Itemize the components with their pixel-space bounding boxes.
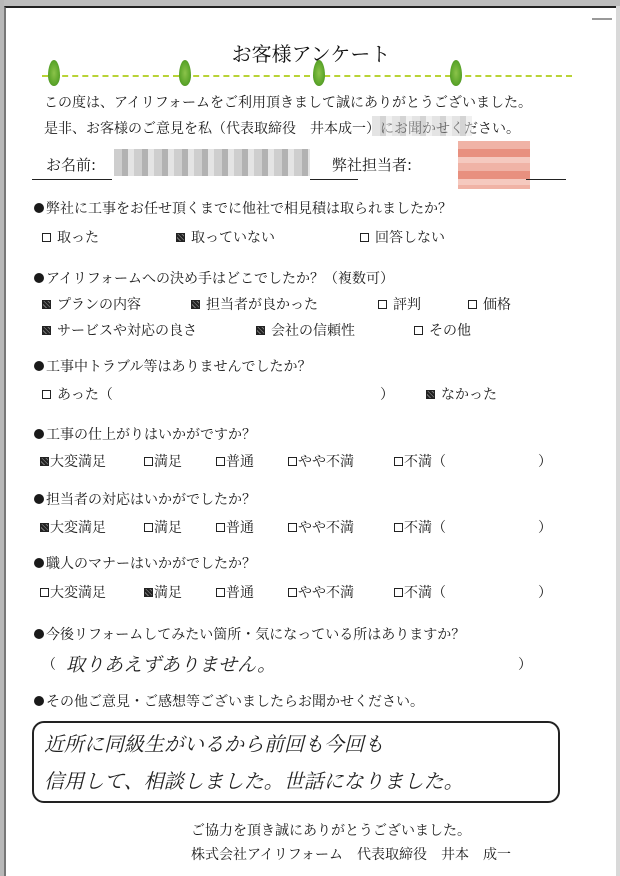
- checkbox-icon[interactable]: [288, 588, 297, 597]
- checkbox-icon[interactable]: [394, 523, 403, 532]
- option-label: 不満（: [404, 585, 446, 601]
- checkbox-icon[interactable]: [144, 457, 153, 466]
- option-label: 満足: [154, 454, 182, 470]
- option-label: 大変満足: [50, 454, 106, 470]
- checkbox-icon[interactable]: [42, 390, 51, 399]
- leaf-icon: [450, 60, 462, 86]
- option-label: 回答しない: [375, 230, 445, 246]
- option-q4-4[interactable]: やや不満: [288, 451, 354, 471]
- option-q6-2[interactable]: 満足: [144, 582, 182, 602]
- redaction-overlay: [372, 116, 472, 136]
- bullet-icon: [34, 629, 44, 639]
- checkbox-checked-icon[interactable]: [42, 326, 51, 335]
- option-q4-3[interactable]: 普通: [216, 451, 254, 471]
- option-label: やや不満: [298, 520, 354, 536]
- option-label: その他: [429, 323, 471, 339]
- option-q2-2[interactable]: 担当者が良かった: [191, 294, 318, 314]
- name-label: お名前:: [46, 154, 96, 175]
- option-label: 大変満足: [50, 585, 106, 601]
- answer-future-reform[interactable]: 取りあえずありません。: [66, 650, 276, 677]
- option-label: 評判: [393, 297, 421, 313]
- scan-mark: [592, 18, 612, 20]
- staff-underline: [526, 179, 566, 180]
- thanks-text: ご協力を頂き誠にありがとうございました。: [191, 820, 471, 840]
- paren-close: ）: [538, 517, 552, 537]
- question-text: 今後リフォームしてみたい箇所・気になっている所はありますか？: [46, 627, 465, 643]
- option-label: 普通: [226, 454, 254, 470]
- staff-label: 弊社担当者:: [332, 154, 412, 175]
- question-text: その他ご意見・ご感想等ございましたらお聞かせください。: [46, 694, 424, 710]
- checkbox-checked-icon[interactable]: [144, 588, 153, 597]
- leaf-icon: [313, 60, 325, 86]
- checkbox-icon[interactable]: [414, 326, 423, 335]
- checkbox-checked-icon[interactable]: [176, 233, 185, 242]
- checkbox-icon[interactable]: [144, 523, 153, 532]
- page-title: お客様アンケート: [6, 38, 616, 67]
- option-q6-1[interactable]: 大変満足: [40, 582, 106, 602]
- option-q5-2[interactable]: 満足: [144, 517, 182, 537]
- option-label: 会社の信頼性: [271, 323, 355, 339]
- option-q4-2[interactable]: 満足: [144, 451, 182, 471]
- checkbox-checked-icon[interactable]: [426, 390, 435, 399]
- question-1: 弊社に工事をお任せ頂くまでに他社で相見積は取られましたか？: [34, 198, 452, 218]
- checkbox-checked-icon[interactable]: [42, 300, 51, 309]
- option-q6-4[interactable]: やや不満: [288, 582, 354, 602]
- bullet-icon: [34, 696, 44, 706]
- question-8: その他ご意見・ご感想等ございましたらお聞かせください。: [34, 691, 424, 711]
- option-q2-6[interactable]: 会社の信頼性: [256, 320, 355, 340]
- comment-line-1: 近所に同級生がいるから前回も今回も: [44, 728, 384, 757]
- option-label: プランの内容: [57, 297, 141, 313]
- paren-close: ）: [538, 582, 552, 602]
- option-label: なかった: [441, 387, 497, 403]
- checkbox-icon[interactable]: [288, 457, 297, 466]
- option-q6-3[interactable]: 普通: [216, 582, 254, 602]
- option-q5-4[interactable]: やや不満: [288, 517, 354, 537]
- checkbox-icon[interactable]: [288, 523, 297, 532]
- bullet-icon: [34, 494, 44, 504]
- checkbox-icon[interactable]: [216, 457, 225, 466]
- bullet-icon: [34, 203, 44, 213]
- option-q5-5[interactable]: 不満（: [394, 517, 446, 537]
- option-q4-1[interactable]: 大変満足: [40, 451, 106, 471]
- checkbox-icon[interactable]: [360, 233, 369, 242]
- option-label: 担当者が良かった: [206, 297, 318, 313]
- option-q5-3[interactable]: 普通: [216, 517, 254, 537]
- comment-line-2: 信用して、相談しました。世話になりました。: [44, 765, 464, 794]
- question-4: 工事の仕上がりはいかがですか？: [34, 424, 256, 444]
- bullet-icon: [34, 361, 44, 371]
- checkbox-icon[interactable]: [42, 233, 51, 242]
- option-label: 取っていない: [191, 230, 275, 246]
- option-label: 満足: [154, 520, 182, 536]
- option-label: あった（: [57, 387, 113, 403]
- option-label: 普通: [226, 585, 254, 601]
- question-7: 今後リフォームしてみたい箇所・気になっている所はありますか？: [34, 624, 465, 644]
- option-q3-2[interactable]: なかった: [426, 384, 497, 404]
- option-label: 大変満足: [50, 520, 106, 536]
- question-text: 工事中トラブル等はありませんでしたか？: [46, 359, 311, 375]
- checkbox-icon[interactable]: [468, 300, 477, 309]
- bullet-icon: [34, 558, 44, 568]
- leaf-icon: [179, 60, 191, 86]
- paren-close: ）: [380, 384, 394, 404]
- option-q2-4[interactable]: 価格: [468, 294, 511, 314]
- vine-decoration: [42, 75, 572, 77]
- question-text: 担当者の対応はいかがでしたか？: [46, 492, 256, 508]
- checkbox-checked-icon[interactable]: [191, 300, 200, 309]
- option-q6-5[interactable]: 不満（: [394, 582, 446, 602]
- bullet-icon: [34, 429, 44, 439]
- checkbox-checked-icon[interactable]: [256, 326, 265, 335]
- question-6: 職人のマナーはいかがでしたか？: [34, 553, 256, 573]
- checkbox-icon[interactable]: [216, 588, 225, 597]
- option-q5-1[interactable]: 大変満足: [40, 517, 106, 537]
- checkbox-icon[interactable]: [394, 457, 403, 466]
- option-q4-5[interactable]: 不満（: [394, 451, 446, 471]
- question-text: アイリフォームへの決め手はどこでしたか？（複数可）: [46, 271, 394, 287]
- option-label: 満足: [154, 585, 182, 601]
- name-underline: [310, 179, 358, 180]
- bullet-icon: [34, 273, 44, 283]
- option-q2-3[interactable]: 評判: [378, 294, 421, 314]
- question-text: 弊社に工事をお任せ頂くまでに他社で相見積は取られましたか？: [46, 201, 452, 217]
- option-label: やや不満: [298, 585, 354, 601]
- option-label: 不満（: [404, 454, 446, 470]
- paren-close: ）: [538, 451, 552, 471]
- checkbox-checked-icon[interactable]: [40, 457, 49, 466]
- signature-text: 株式会社アイリフォーム 代表取締役 井本 成一: [191, 844, 511, 864]
- leaf-icon: [48, 60, 60, 86]
- question-5: 担当者の対応はいかがでしたか？: [34, 489, 256, 509]
- checkbox-icon[interactable]: [378, 300, 387, 309]
- option-q1-1[interactable]: 取った: [42, 227, 99, 247]
- question-3: 工事中トラブル等はありませんでしたか？: [34, 356, 311, 376]
- question-2: アイリフォームへの決め手はどこでしたか？（複数可）: [34, 268, 394, 288]
- option-label: 普通: [226, 520, 254, 536]
- question-text: 職人のマナーはいかがでしたか？: [46, 556, 256, 572]
- option-q1-2[interactable]: 取っていない: [176, 227, 275, 247]
- option-q2-7[interactable]: その他: [414, 320, 471, 340]
- checkbox-icon[interactable]: [394, 588, 403, 597]
- paren-open: （: [42, 654, 56, 674]
- option-label: 取った: [57, 230, 99, 246]
- question-text: 工事の仕上がりはいかがですか？: [46, 427, 256, 443]
- intro-line-1: この度は、アイリフォームをご利用頂きまして誠にありがとうございました。: [44, 92, 532, 112]
- checkbox-icon[interactable]: [216, 523, 225, 532]
- name-field-redacted: [114, 149, 310, 176]
- staff-field-redacted: [458, 141, 530, 189]
- paren-close: ）: [518, 654, 532, 674]
- option-label: 価格: [483, 297, 511, 313]
- option-q1-3[interactable]: 回答しない: [360, 227, 445, 247]
- checkbox-checked-icon[interactable]: [40, 523, 49, 532]
- option-q2-5[interactable]: サービスや対応の良さ: [42, 320, 197, 340]
- checkbox-icon[interactable]: [40, 588, 49, 597]
- option-label: 不満（: [404, 520, 446, 536]
- option-label: サービスや対応の良さ: [57, 323, 197, 339]
- name-underline: [32, 179, 112, 180]
- option-label: やや不満: [298, 454, 354, 470]
- option-q3-1[interactable]: あった（: [42, 384, 113, 404]
- option-q2-1[interactable]: プランの内容: [42, 294, 141, 314]
- survey-sheet: お客様アンケート この度は、アイリフォームをご利用頂きまして誠にありがとうござい…: [4, 6, 616, 876]
